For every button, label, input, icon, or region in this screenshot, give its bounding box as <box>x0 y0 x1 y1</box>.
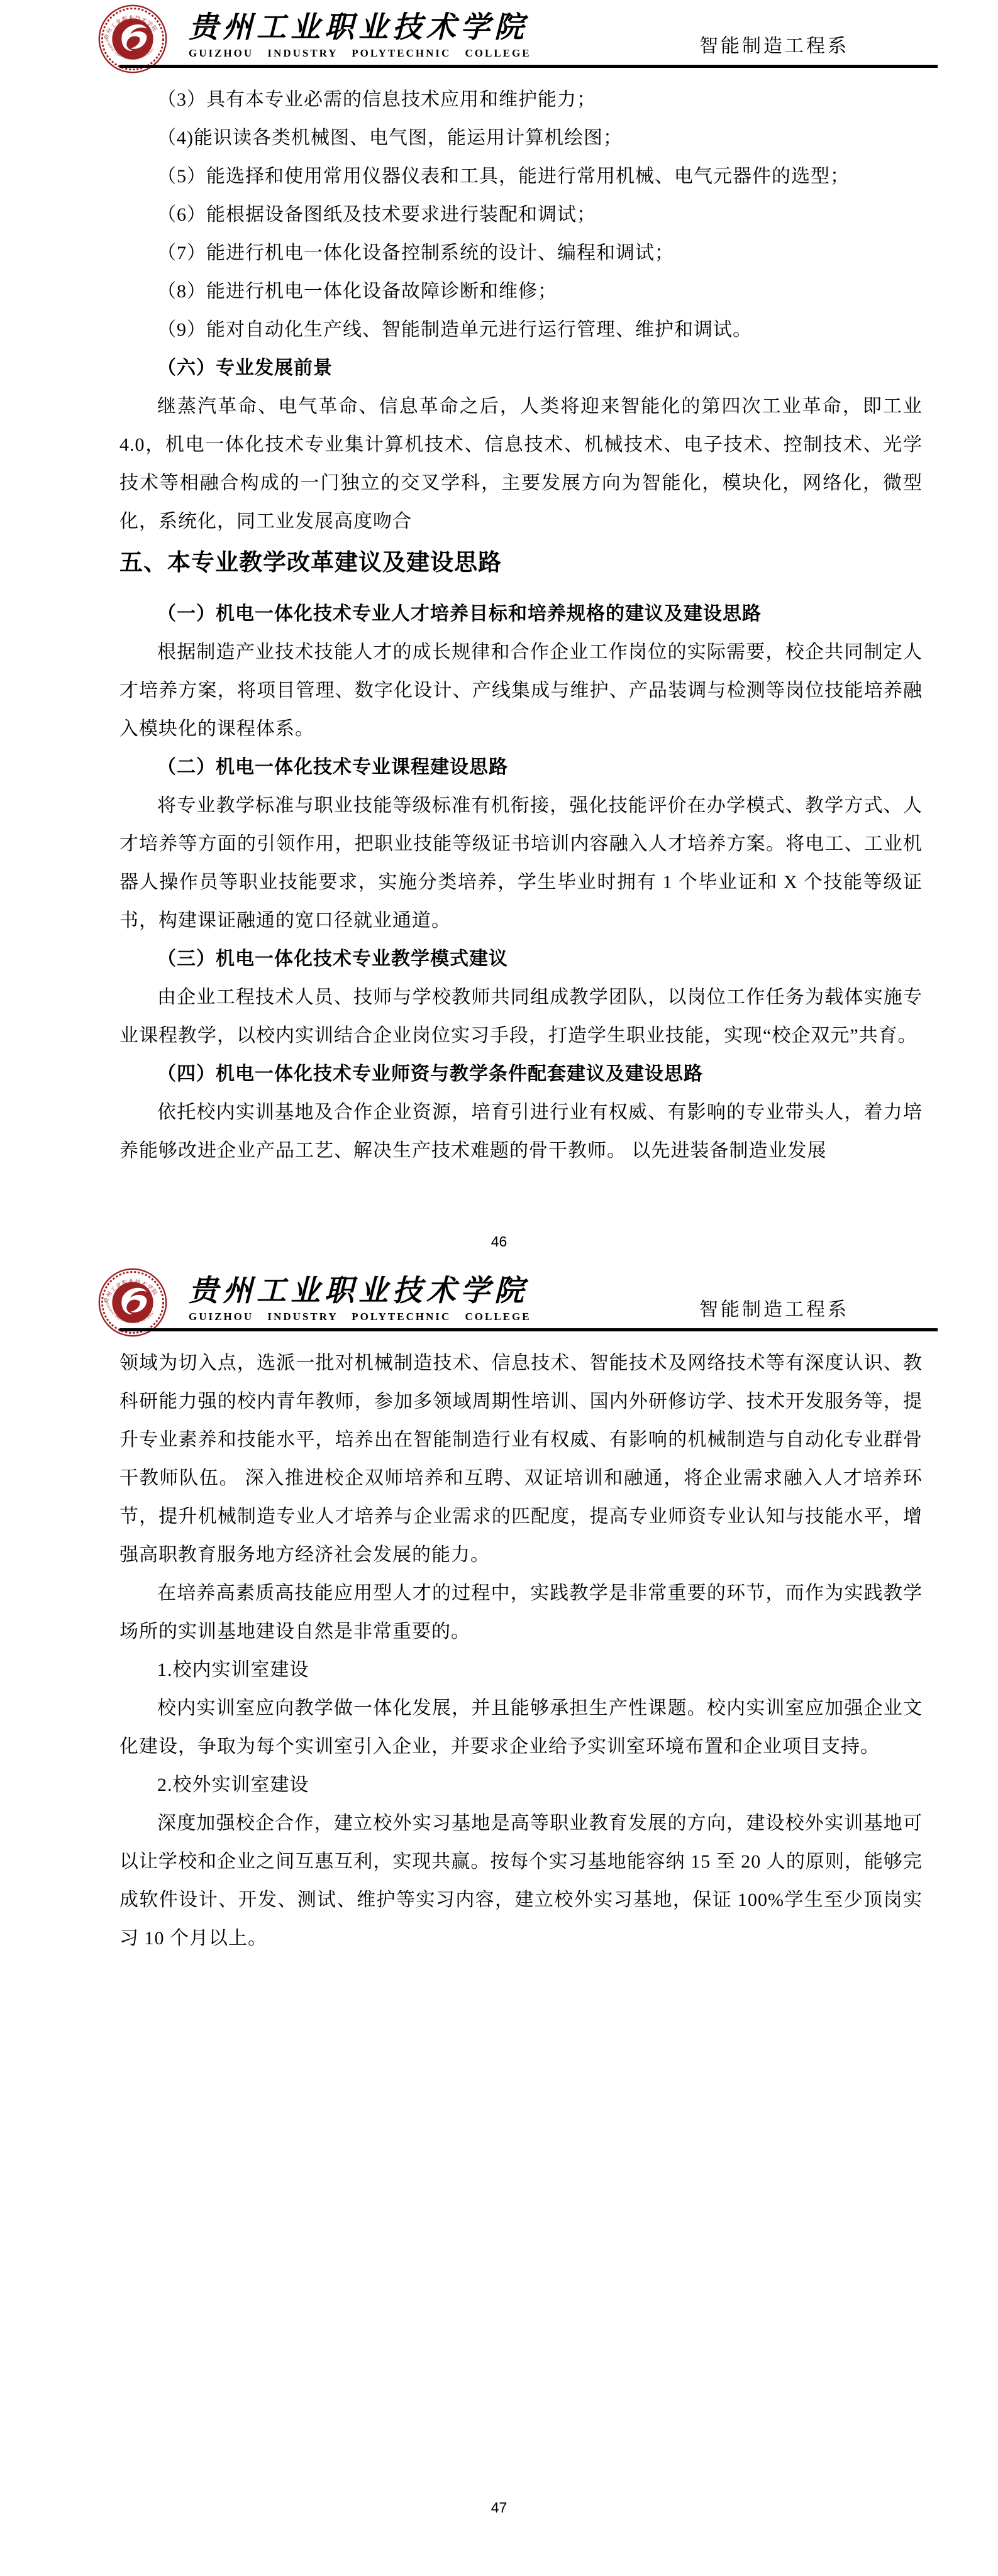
page-number: 46 <box>0 1233 998 1250</box>
paragraph: 将专业教学标准与职业技能等级标准有机衔接，强化技能评价在办学模式、教学方式、人才… <box>119 786 923 940</box>
subsection-heading: （四）机电一体化技术专业师资与教学条件配套建议及建设思路 <box>119 1055 923 1093</box>
department-name: 智能制造工程系 <box>699 1294 849 1321</box>
paragraph: （8）能进行机电一体化设备故障诊断和维修； <box>119 272 923 311</box>
subsection-heading: （三）机电一体化技术专业教学模式建议 <box>119 940 923 978</box>
subsection-heading: 1.校内实训室建设 <box>119 1651 923 1689</box>
college-seal-icon: 贵州工业职业技术学院 GUIZHOU INDUSTRY POLYTECHNIC <box>96 1267 170 1338</box>
department-name: 智能制造工程系 <box>699 30 849 58</box>
college-seal-icon: 贵州工业职业技术学院 GUIZHOU INDUSTRY POLYTECHNIC <box>96 4 170 74</box>
paragraph: 在培养高素质高技能应用型人才的过程中，实践教学是非常重要的环节，而作为实践教学场… <box>119 1574 923 1651</box>
college-name-zh: 贵州工业职业技术学院 <box>189 1274 541 1309</box>
college-name-block: 贵州工业职业技术学院 GUIZHOU INDUSTRY POLYTECHNIC … <box>189 10 541 62</box>
paragraph: （6）能根据设备图纸及技术要求进行装配和调试； <box>119 195 923 234</box>
subsection-heading: （一）机电一体化技术专业人才培养目标和培养规格的建议及建设思路 <box>119 595 923 633</box>
college-name-block: 贵州工业职业技术学院 GUIZHOU INDUSTRY POLYTECHNIC … <box>189 1274 541 1325</box>
subsection-heading: 2.校外实训室建设 <box>119 1766 923 1804</box>
paragraph: 领域为切入点，选派一批对机械制造技术、信息技术、智能技术及网络技术等有深度认识、… <box>119 1344 923 1574</box>
page-header: 贵州工业职业技术学院 GUIZHOU INDUSTRY POLYTECHNIC … <box>0 0 998 69</box>
paragraph: （9）能对自动化生产线、智能制造单元进行运行管理、维护和调试。 <box>119 311 923 349</box>
page-1-content: （3）具有本专业必需的信息技术应用和维护能力；（4)能识读各类机械图、电气图，能… <box>119 68 923 1170</box>
college-name-zh: 贵州工业职业技术学院 <box>189 10 541 45</box>
paragraph: 继蒸汽革命、电气革命、信息革命之后，人类将迎来智能化的第四次工业革命，即工业 4… <box>119 387 923 541</box>
college-name-en: GUIZHOU INDUSTRY POLYTECHNIC COLLEGE <box>189 1309 541 1325</box>
page-header: 贵州工业职业技术学院 GUIZHOU INDUSTRY POLYTECHNIC … <box>0 1263 998 1333</box>
paragraph: （3）具有本专业必需的信息技术应用和维护能力； <box>119 80 923 119</box>
subsection-heading: （六）专业发展前景 <box>119 349 923 387</box>
page-number: 47 <box>0 2499 998 2516</box>
paragraph: （4)能识读各类机械图、电气图，能运用计算机绘图； <box>119 119 923 157</box>
paragraph: （7）能进行机电一体化设备控制系统的设计、编程和调试； <box>119 234 923 272</box>
paragraph: 由企业工程技术人员、技师与学校教师共同组成教学团队，以岗位工作任务为载体实施专业… <box>119 978 923 1055</box>
document: { "colors": { "seal_red": "#9C2024", "te… <box>0 0 998 2576</box>
page-2: 贵州工业职业技术学院 GUIZHOU INDUSTRY POLYTECHNIC … <box>0 1263 998 2576</box>
paragraph: （5）能选择和使用常用仪器仪表和工具，能进行常用机械、电气元器件的选型； <box>119 157 923 195</box>
paragraph: 依托校内实训基地及合作企业资源，培育引进行业有权威、有影响的专业带头人，着力培养… <box>119 1093 923 1170</box>
paragraph: 深度加强校企合作，建立校外实习基地是高等职业教育发展的方向，建设校外实训基地可以… <box>119 1804 923 1957</box>
subsection-heading: （二）机电一体化技术专业课程建设思路 <box>119 748 923 786</box>
paragraph: 校内实训室应向教学做一体化发展，并且能够承担生产性课题。校内实训室应加强企业文化… <box>119 1689 923 1766</box>
section-heading: 五、本专业教学改革建议及建设思路 <box>119 541 923 586</box>
page-2-content: 领域为切入点，选派一批对机械制造技术、信息技术、智能技术及网络技术等有深度认识、… <box>119 1331 923 1957</box>
page-1: 贵州工业职业技术学院 GUIZHOU INDUSTRY POLYTECHNIC … <box>0 0 998 1263</box>
paragraph: 根据制造产业技术技能人才的成长规律和合作企业工作岗位的实际需要，校企共同制定人才… <box>119 633 923 748</box>
college-name-en: GUIZHOU INDUSTRY POLYTECHNIC COLLEGE <box>189 45 541 62</box>
